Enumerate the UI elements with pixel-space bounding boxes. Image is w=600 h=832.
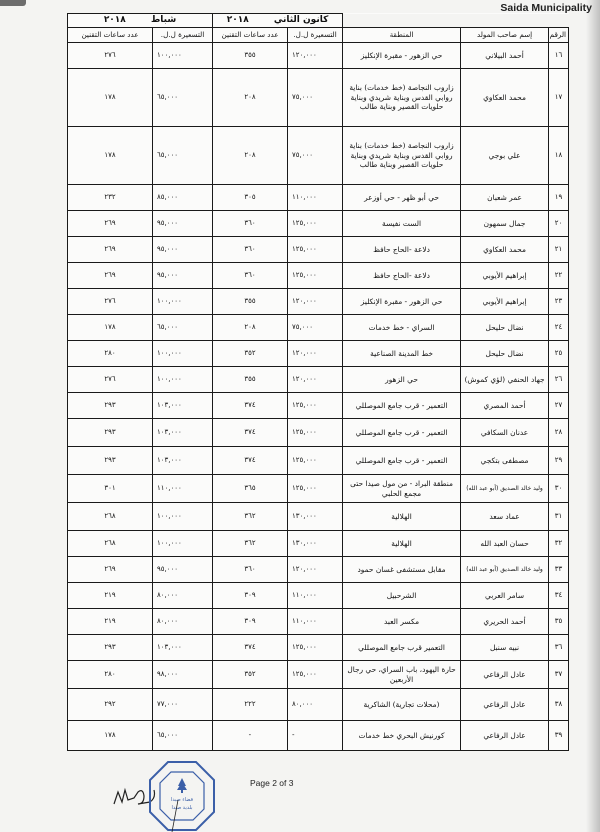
column-header-row: الرقم إسم صاحب المولد المنطقة التسعيرة ل…	[68, 28, 569, 43]
table-row: ٢٢إبراهيم الأيوبيدلاعة -الحاج حافظ١٢٥,٠٠…	[68, 263, 569, 289]
svg-text:قضاء صيدا: قضاء صيدا	[171, 797, 194, 803]
row-index: ٣٣	[549, 557, 569, 583]
page-number: Page 2 of 3	[250, 778, 293, 788]
jan-hours: ٢٠٨	[213, 69, 288, 127]
row-index: ٢٨	[549, 419, 569, 447]
area-name: زاروب النجاصة (خط خدمات) بناية روابي الق…	[343, 69, 461, 127]
month-name: شباط	[151, 15, 176, 25]
col-owner: إسم صاحب المولد	[461, 28, 549, 43]
feb-hours: ٢٩٣	[68, 447, 153, 475]
table-row: ٣٦نبيه سنبلالتعمير قرب جامع الموصللي١٢٥,…	[68, 635, 569, 661]
area-name: حي الزهور - مقبرة الإنكليز	[343, 43, 461, 69]
area-name: كورنيش البحري خط خدمات	[343, 721, 461, 751]
feb-price: ١٠٠,٠٠٠	[153, 289, 213, 315]
table-row: ٢٤نضال حليحلالسراي - خط خدمات٧٥,٠٠٠٢٠٨٦٥…	[68, 315, 569, 341]
feb-price: ١٠٣,٠٠٠	[153, 447, 213, 475]
area-name: حي أبو ظهر - حي أوزعر	[343, 185, 461, 211]
jan-hours: ٣٧٤	[213, 635, 288, 661]
row-index: ٣٩	[549, 721, 569, 751]
row-index: ١٩	[549, 185, 569, 211]
jan-price: ١٢٥,٠٠٠	[288, 447, 343, 475]
area-name: التعمير - قرب جامع الموصللي	[343, 393, 461, 419]
table-row: ٣٣وليد خالد الصديق (أبو عبد الله)مقابل م…	[68, 557, 569, 583]
feb-hours: ١٧٨	[68, 315, 153, 341]
table-row: ٢٣إبراهيم الأيوبيحي الزهور - مقبرة الإنك…	[68, 289, 569, 315]
jan-price: ١١٠,٠٠٠	[288, 609, 343, 635]
table-row: ١٧محمد العكاويزاروب النجاصة (خط خدمات) ب…	[68, 69, 569, 127]
jan-hours: ٣٠٩	[213, 609, 288, 635]
area-name: الست نفيسة	[343, 211, 461, 237]
table-row: ٣٠وليد خالد الصديق (أبو عبد الله)منطقة ا…	[68, 475, 569, 503]
area-name: التعمير - قرب جامع الموصللي	[343, 447, 461, 475]
owner-name: أحمد الحريري	[461, 609, 549, 635]
feb-price: ٩٥,٠٠٠	[153, 237, 213, 263]
month-year: ٢٠١٨	[104, 15, 126, 25]
feb-price: ١٠٠,٠٠٠	[153, 503, 213, 531]
owner-name: عماد سعد	[461, 503, 549, 531]
table-row: ٢٧أحمد المصريالتعمير - قرب جامع الموصللي…	[68, 393, 569, 419]
feb-hours: ٢٦٩	[68, 557, 153, 583]
jan-price: ١١٠,٠٠٠	[288, 185, 343, 211]
table-row: ١٩عمر شعبانحي أبو ظهر - حي أوزعر١١٠,٠٠٠٣…	[68, 185, 569, 211]
jan-hours: ٣٦٠	[213, 211, 288, 237]
feb-price: ١٠٠,٠٠٠	[153, 531, 213, 557]
jan-price: ١٢٥,٠٠٠	[288, 661, 343, 689]
row-index: ٢٩	[549, 447, 569, 475]
area-name: دلاعة -الحاج حافظ	[343, 237, 461, 263]
owner-name: محمد العكاوي	[461, 69, 549, 127]
jan-hours: ٣٥٥	[213, 367, 288, 393]
table-row: ٣٧عادل الرفاعيحارة اليهود، باب السراي، ح…	[68, 661, 569, 689]
table-row: ١٦أحمد البيلانيحي الزهور - مقبرة الإنكلي…	[68, 43, 569, 69]
jan-hours: ٣٦٢	[213, 531, 288, 557]
jan-price: ١٢٥,٠٠٠	[288, 263, 343, 289]
col-feb-price: التسعيرة ل.ل.	[153, 28, 213, 43]
jan-hours: ٣٦٠	[213, 557, 288, 583]
feb-price: ٨٠,٠٠٠	[153, 583, 213, 609]
row-index: ٢٣	[549, 289, 569, 315]
row-index: ٢٤	[549, 315, 569, 341]
jan-hours: ٣٥٢	[213, 661, 288, 689]
row-index: ١٧	[549, 69, 569, 127]
jan-hours: ٣٦٥	[213, 475, 288, 503]
feb-hours: ٢٦٩	[68, 211, 153, 237]
jan-price: ٧٥,٠٠٠	[288, 315, 343, 341]
area-name: زاروب النجاصة (خط خدمات) بناية روابي الق…	[343, 127, 461, 185]
owner-name: وليد خالد الصديق (أبو عبد الله)	[461, 475, 549, 503]
jan-price: ٨٠,٠٠٠	[288, 689, 343, 721]
svg-text:بلدية صيدا: بلدية صيدا	[171, 805, 192, 811]
feb-hours: ٢٧٦	[68, 367, 153, 393]
table-row: ٢١محمد العكاويدلاعة -الحاج حافظ١٢٥,٠٠٠٣٦…	[68, 237, 569, 263]
owner-name: عدنان السكافي	[461, 419, 549, 447]
jan-price: ١١٠,٠٠٠	[288, 583, 343, 609]
area-name: الهلالية	[343, 531, 461, 557]
feb-price: ١٠٠,٠٠٠	[153, 341, 213, 367]
jan-price: ١٢٠,٠٠٠	[288, 43, 343, 69]
table-row: ٢٨عدنان السكافيالتعمير - قرب جامع الموصل…	[68, 419, 569, 447]
table-row: ٣٤سامر العربيالشرحبيل١١٠,٠٠٠٣٠٩٨٠,٠٠٠٢١٩	[68, 583, 569, 609]
row-index: ٢٢	[549, 263, 569, 289]
month-name: كانون الثاني	[274, 15, 328, 25]
area-name: دلاعة -الحاج حافظ	[343, 263, 461, 289]
row-index: ٣٦	[549, 635, 569, 661]
owner-name: أحمد البيلاني	[461, 43, 549, 69]
jan-price: ١٢٠,٠٠٠	[288, 367, 343, 393]
area-name: حي الزهور - مقبرة الإنكليز	[343, 289, 461, 315]
jan-price: ٧٥,٠٠٠	[288, 69, 343, 127]
col-area: المنطقة	[343, 28, 461, 43]
feb-price: ١٠٠,٠٠٠	[153, 43, 213, 69]
jan-hours: ٣٧٤	[213, 447, 288, 475]
table-row: ٢٥نضال حليحلخط المدينة الصناعية١٢٠,٠٠٠٣٥…	[68, 341, 569, 367]
row-index: ١٨	[549, 127, 569, 185]
owner-name: جهاد الحنفي (لؤي كموش)	[461, 367, 549, 393]
jan-price: ١٣٠,٠٠٠	[288, 531, 343, 557]
table-row: ٣٢حسان العبد اللهالهلالية١٣٠,٠٠٠٣٦٢١٠٠,٠…	[68, 531, 569, 557]
owner-name: عمر شعبان	[461, 185, 549, 211]
owner-name: محمد العكاوي	[461, 237, 549, 263]
owner-name: إبراهيم الأيوبي	[461, 263, 549, 289]
feb-hours: ١٧٨	[68, 69, 153, 127]
area-name: السراي - خط خدمات	[343, 315, 461, 341]
owner-name: نضال حليحل	[461, 341, 549, 367]
owner-name: سامر العربي	[461, 583, 549, 609]
row-index: ٢٥	[549, 341, 569, 367]
col-jan-price: التسعيرة ل.ل.	[288, 28, 343, 43]
jan-hours: -	[213, 721, 288, 751]
feb-price: ٧٧,٠٠٠	[153, 689, 213, 721]
month-header-row: كانون الثاني ٢٠١٨ شباط ٢٠١٨	[68, 14, 569, 28]
feb-price: ٩٥,٠٠٠	[153, 557, 213, 583]
feb-hours: ٢٦٨	[68, 503, 153, 531]
feb-hours: ٣٠١	[68, 475, 153, 503]
area-name: خط المدينة الصناعية	[343, 341, 461, 367]
jan-hours: ٣٧٤	[213, 419, 288, 447]
feb-hours: ١٧٨	[68, 721, 153, 751]
feb-hours: ٢٦٨	[68, 531, 153, 557]
row-index: ٢٦	[549, 367, 569, 393]
jan-hours: ٣٦٢	[213, 503, 288, 531]
generator-pricing-table: كانون الثاني ٢٠١٨ شباط ٢٠١٨ الرقم إسم صا…	[67, 13, 569, 751]
area-name: التعمير - قرب جامع الموصللي	[343, 419, 461, 447]
jan-price: ١٢٥,٠٠٠	[288, 237, 343, 263]
area-name: الشرحبيل	[343, 583, 461, 609]
table-row: ٣١عماد سعدالهلالية١٣٠,٠٠٠٣٦٢١٠٠,٠٠٠٢٦٨	[68, 503, 569, 531]
month-year: ٢٠١٨	[227, 15, 249, 25]
feb-price: ١٠٣,٠٠٠	[153, 393, 213, 419]
table-row: ١٨علي بوجيزاروب النجاصة (خط خدمات) بناية…	[68, 127, 569, 185]
feb-hours: ٢٩٣	[68, 419, 153, 447]
row-index: ٣١	[549, 503, 569, 531]
area-name: الهلالية	[343, 503, 461, 531]
row-index: ٣٠	[549, 475, 569, 503]
jan-hours: ٣٥٢	[213, 341, 288, 367]
feb-hours: ٢٧٦	[68, 43, 153, 69]
row-index: ٣٤	[549, 583, 569, 609]
feb-price: ١١٠,٠٠٠	[153, 475, 213, 503]
jan-price: ١٣٠,٠٠٠	[288, 503, 343, 531]
row-index: ٢٧	[549, 393, 569, 419]
owner-name: أحمد المصري	[461, 393, 549, 419]
jan-price: ١٢٥,٠٠٠	[288, 419, 343, 447]
feb-hours: ١٧٨	[68, 127, 153, 185]
feb-price: ٦٥,٠٠٠	[153, 127, 213, 185]
feb-hours: ٢١٩	[68, 583, 153, 609]
jan-price: ١٢٠,٠٠٠	[288, 341, 343, 367]
jan-price: ١٢٠,٠٠٠	[288, 289, 343, 315]
feb-price: ١٠٣,٠٠٠	[153, 635, 213, 661]
feb-hours: ٢٩٢	[68, 689, 153, 721]
feb-price: ١٠٣,٠٠٠	[153, 419, 213, 447]
table-row: ٢٠جمال سمهونالست نفيسة١٢٥,٠٠٠٣٦٠٩٥,٠٠٠٢٦…	[68, 211, 569, 237]
table-row: ٢٦جهاد الحنفي (لؤي كموش)حي الزهور١٢٠,٠٠٠…	[68, 367, 569, 393]
area-name: التعمير قرب جامع الموصللي	[343, 635, 461, 661]
month-january: كانون الثاني ٢٠١٨	[213, 14, 343, 28]
municipality-stamp-icon: قضاء صيدا بلدية صيدا	[148, 760, 216, 832]
scan-edge-shadow	[586, 0, 600, 832]
feb-price: ١٠٠,٠٠٠	[153, 367, 213, 393]
owner-name: عادل الرفاعي	[461, 721, 549, 751]
feb-hours: ٢٩٣	[68, 393, 153, 419]
owner-name: إبراهيم الأيوبي	[461, 289, 549, 315]
col-feb-hours: عدد ساعات التقنين	[68, 28, 153, 43]
jan-hours: ٢٢٢	[213, 689, 288, 721]
feb-hours: ٢٣٢	[68, 185, 153, 211]
jan-hours: ٣٥٥	[213, 43, 288, 69]
feb-price: ٦٥,٠٠٠	[153, 315, 213, 341]
col-index: الرقم	[549, 28, 569, 43]
feb-hours: ٢٨٠	[68, 661, 153, 689]
jan-hours: ٣٠٥	[213, 185, 288, 211]
jan-price: ١٢٥,٠٠٠	[288, 393, 343, 419]
area-name: (محلات تجارية) الشاكرية	[343, 689, 461, 721]
owner-name: جمال سمهون	[461, 211, 549, 237]
feb-hours: ٢٩٣	[68, 635, 153, 661]
jan-hours: ٣٥٥	[213, 289, 288, 315]
jan-hours: ٣٦٠	[213, 237, 288, 263]
feb-price: ٦٥,٠٠٠	[153, 69, 213, 127]
row-index: ٣٧	[549, 661, 569, 689]
feb-price: ٩٨,٠٠٠	[153, 661, 213, 689]
feb-hours: ٢١٩	[68, 609, 153, 635]
jan-price: ٧٥,٠٠٠	[288, 127, 343, 185]
owner-name: مصطفى بتكجي	[461, 447, 549, 475]
feb-hours: ٢٦٩	[68, 237, 153, 263]
area-name: حي الزهور	[343, 367, 461, 393]
month-february: شباط ٢٠١٨	[68, 14, 213, 28]
area-name: مقابل مستشفى غسان حمود	[343, 557, 461, 583]
col-jan-hours: عدد ساعات التقنين	[213, 28, 288, 43]
owner-name: عادل الرفاعي	[461, 689, 549, 721]
jan-price: ١٢٠,٠٠٠	[288, 557, 343, 583]
owner-name: نبيه سنبل	[461, 635, 549, 661]
feb-hours: ٢٨٠	[68, 341, 153, 367]
table-row: ٢٩مصطفى بتكجيالتعمير - قرب جامع الموصللي…	[68, 447, 569, 475]
jan-price: ١٢٥,٠٠٠	[288, 635, 343, 661]
feb-price: ٨٥,٠٠٠	[153, 185, 213, 211]
row-index: ٢١	[549, 237, 569, 263]
owner-name: علي بوجي	[461, 127, 549, 185]
owner-name: نضال حليحل	[461, 315, 549, 341]
jan-price: ١٢٥,٠٠٠	[288, 475, 343, 503]
owner-name: حسان العبد الله	[461, 531, 549, 557]
row-index: ١٦	[549, 43, 569, 69]
feb-price: ٨٠,٠٠٠	[153, 609, 213, 635]
row-index: ٢٠	[549, 211, 569, 237]
feb-hours: ٢٦٩	[68, 263, 153, 289]
feb-price: ٩٥,٠٠٠	[153, 211, 213, 237]
feb-price: ٦٥,٠٠٠	[153, 721, 213, 751]
table-row: ٣٥أحمد الحريريمكسر العبد١١٠,٠٠٠٣٠٩٨٠,٠٠٠…	[68, 609, 569, 635]
area-name: منطقة البراد - من مول صيدا حتى مجمع الحل…	[343, 475, 461, 503]
area-name: مكسر العبد	[343, 609, 461, 635]
owner-name: وليد خالد الصديق (أبو عبد الله)	[461, 557, 549, 583]
row-index: ٣٢	[549, 531, 569, 557]
feb-price: ٩٥,٠٠٠	[153, 263, 213, 289]
owner-name: عادل الرفاعي	[461, 661, 549, 689]
jan-price: -	[288, 721, 343, 751]
row-index: ٣٨	[549, 689, 569, 721]
jan-hours: ٣٠٩	[213, 583, 288, 609]
jan-hours: ٣٧٤	[213, 393, 288, 419]
area-name: حارة اليهود، باب السراي، حي رجال الأربعي…	[343, 661, 461, 689]
table-row: ٣٨عادل الرفاعي(محلات تجارية) الشاكرية٨٠,…	[68, 689, 569, 721]
jan-price: ١٢٥,٠٠٠	[288, 211, 343, 237]
jan-hours: ٢٠٨	[213, 315, 288, 341]
jan-hours: ٢٠٨	[213, 127, 288, 185]
jan-hours: ٣٦٠	[213, 263, 288, 289]
table-row: ٣٩عادل الرفاعيكورنيش البحري خط خدمات--٦٥…	[68, 721, 569, 751]
scan-corner-shadow	[0, 0, 26, 6]
row-index: ٣٥	[549, 609, 569, 635]
feb-hours: ٢٧٦	[68, 289, 153, 315]
